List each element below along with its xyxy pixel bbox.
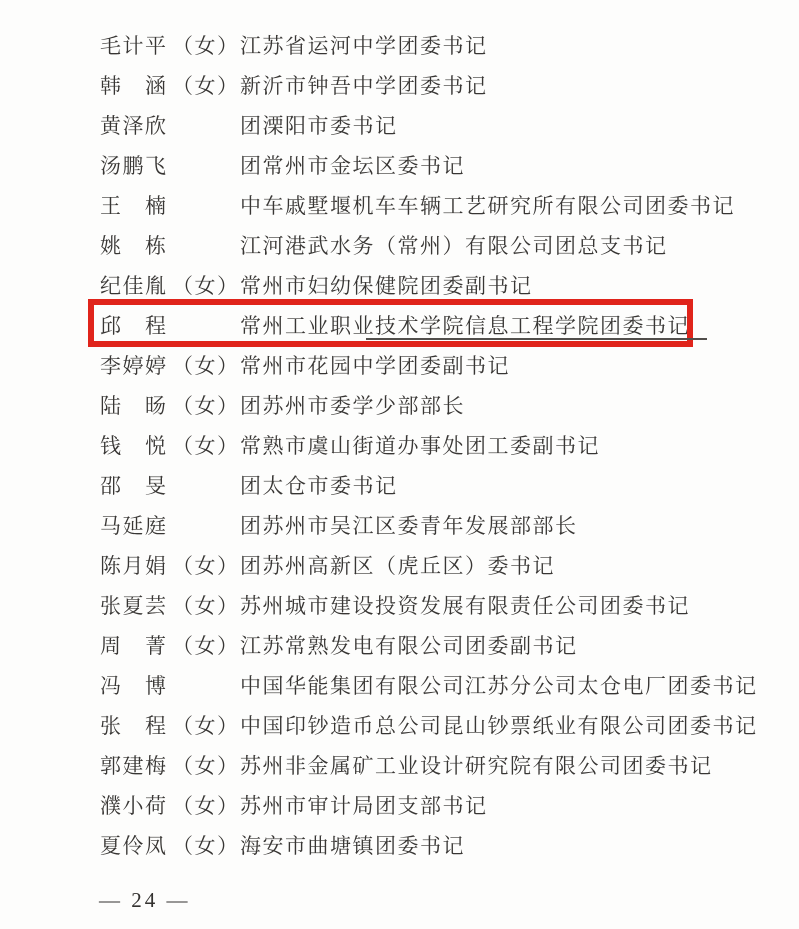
position-text: 江苏省运河中学团委书记 — [240, 26, 488, 66]
roster-row: 毛计平 （女） 江苏省运河中学团委书记 — [100, 26, 758, 66]
position-text: 中国华能集团有限公司江苏分公司太仓电厂团委书记 — [240, 666, 758, 706]
gender-label: （女） — [172, 386, 240, 426]
person-name: 张 程 — [100, 706, 172, 746]
position-text: 团苏州市委学少部部长 — [240, 386, 465, 426]
gender-label: （女） — [172, 266, 240, 306]
roster-row: 邱 程 常州工业职业技术学院信息工程学院团委书记 — [100, 306, 758, 346]
position-text: 团苏州市吴江区委青年发展部部长 — [240, 506, 578, 546]
roster-row: 韩 涵 （女） 新沂市钟吾中学团委书记 — [100, 66, 758, 106]
gender-label: （女） — [172, 746, 240, 786]
gender-label: （女） — [172, 626, 240, 666]
person-name: 黄泽欣 — [100, 106, 172, 146]
roster-row: 濮小荷 （女） 苏州市审计局团支部书记 — [100, 786, 758, 826]
position-text: 苏州城市建设投资发展有限责任公司团委书记 — [240, 586, 690, 626]
roster-row: 冯 博 中国华能集团有限公司江苏分公司太仓电厂团委书记 — [100, 666, 758, 706]
roster-row: 周 菁 （女） 江苏常熟发电有限公司团委副书记 — [100, 626, 758, 666]
roster-row: 马延庭 团苏州市吴江区委青年发展部部长 — [100, 506, 758, 546]
roster-row: 陈月娟 （女） 团苏州高新区（虎丘区）委书记 — [100, 546, 758, 586]
roster-row: 王 楠 中车戚墅堰机车车辆工艺研究所有限公司团委书记 — [100, 186, 758, 226]
position-text: 常州市妇幼保健院团委副书记 — [240, 266, 533, 306]
roster-row: 李婷婷 （女） 常州市花园中学团委副书记 — [100, 346, 758, 386]
roster-row: 张夏芸 （女） 苏州城市建设投资发展有限责任公司团委书记 — [100, 586, 758, 626]
roster-row: 黄泽欣 团溧阳市委书记 — [100, 106, 758, 146]
roster-row: 夏伶凤 （女） 海安市曲塘镇团委书记 — [100, 826, 758, 866]
position-text: 团苏州高新区（虎丘区）委书记 — [240, 546, 555, 586]
position-text: 团溧阳市委书记 — [240, 106, 398, 146]
person-name: 马延庭 — [100, 506, 172, 546]
position-text: 苏州非金属矿工业设计研究院有限公司团委书记 — [240, 746, 713, 786]
person-name: 夏伶凤 — [100, 826, 172, 866]
person-name: 陆 旸 — [100, 386, 172, 426]
person-name: 姚 栋 — [100, 226, 172, 266]
position-text: 常州工业职业技术学院信息工程学院团委书记 — [240, 306, 690, 346]
gender-label: （女） — [172, 66, 240, 106]
position-text: 团太仓市委书记 — [240, 466, 398, 506]
gender-label: （女） — [172, 346, 240, 386]
gender-label: （女） — [172, 826, 240, 866]
roster-row: 纪佳胤 （女） 常州市妇幼保健院团委副书记 — [100, 266, 758, 306]
person-name: 濮小荷 — [100, 786, 172, 826]
page-number: — 24 — — [99, 888, 191, 913]
person-name: 韩 涵 — [100, 66, 172, 106]
gender-label: （女） — [172, 586, 240, 626]
person-name: 纪佳胤 — [100, 266, 172, 306]
position-text: 团常州市金坛区委书记 — [240, 146, 465, 186]
person-name: 毛计平 — [100, 26, 172, 66]
gender-label: （女） — [172, 546, 240, 586]
position-text: 中车戚墅堰机车车辆工艺研究所有限公司团委书记 — [240, 186, 735, 226]
person-name: 张夏芸 — [100, 586, 172, 626]
roster-row: 汤鹏飞 团常州市金坛区委书记 — [100, 146, 758, 186]
position-text: 江苏常熟发电有限公司团委副书记 — [240, 626, 578, 666]
roster-row: 陆 旸 （女） 团苏州市委学少部部长 — [100, 386, 758, 426]
person-name: 邱 程 — [100, 306, 172, 346]
roster-row: 钱 悦 （女） 常熟市虞山街道办事处团工委副书记 — [100, 426, 758, 466]
person-name: 汤鹏飞 — [100, 146, 172, 186]
position-text: 海安市曲塘镇团委书记 — [240, 826, 465, 866]
person-name: 郭建梅 — [100, 746, 172, 786]
gender-label: （女） — [172, 786, 240, 826]
position-text: 常熟市虞山街道办事处团工委副书记 — [240, 426, 600, 466]
position-text: 江河港武水务（常州）有限公司团总支书记 — [240, 226, 668, 266]
roster-row: 邵 旻 团太仓市委书记 — [100, 466, 758, 506]
person-name: 李婷婷 — [100, 346, 172, 386]
scanned-document-page: 毛计平 （女） 江苏省运河中学团委书记 韩 涵 （女） 新沂市钟吾中学团委书记 … — [0, 0, 799, 929]
gender-label: （女） — [172, 706, 240, 746]
roster-row: 郭建梅 （女） 苏州非金属矿工业设计研究院有限公司团委书记 — [100, 746, 758, 786]
position-text: 中国印钞造币总公司昆山钞票纸业有限公司团委书记 — [240, 706, 758, 746]
person-name: 钱 悦 — [100, 426, 172, 466]
roster-row: 张 程 （女） 中国印钞造币总公司昆山钞票纸业有限公司团委书记 — [100, 706, 758, 746]
person-name: 陈月娟 — [100, 546, 172, 586]
person-name: 邵 旻 — [100, 466, 172, 506]
gender-label: （女） — [172, 426, 240, 466]
position-text: 苏州市审计局团支部书记 — [240, 786, 488, 826]
roster-list: 毛计平 （女） 江苏省运河中学团委书记 韩 涵 （女） 新沂市钟吾中学团委书记 … — [100, 26, 758, 866]
person-name: 冯 博 — [100, 666, 172, 706]
person-name: 周 菁 — [100, 626, 172, 666]
gender-label: （女） — [172, 26, 240, 66]
position-text: 常州市花园中学团委副书记 — [240, 346, 510, 386]
position-text: 新沂市钟吾中学团委书记 — [240, 66, 488, 106]
person-name: 王 楠 — [100, 186, 172, 226]
roster-row: 姚 栋 江河港武水务（常州）有限公司团总支书记 — [100, 226, 758, 266]
